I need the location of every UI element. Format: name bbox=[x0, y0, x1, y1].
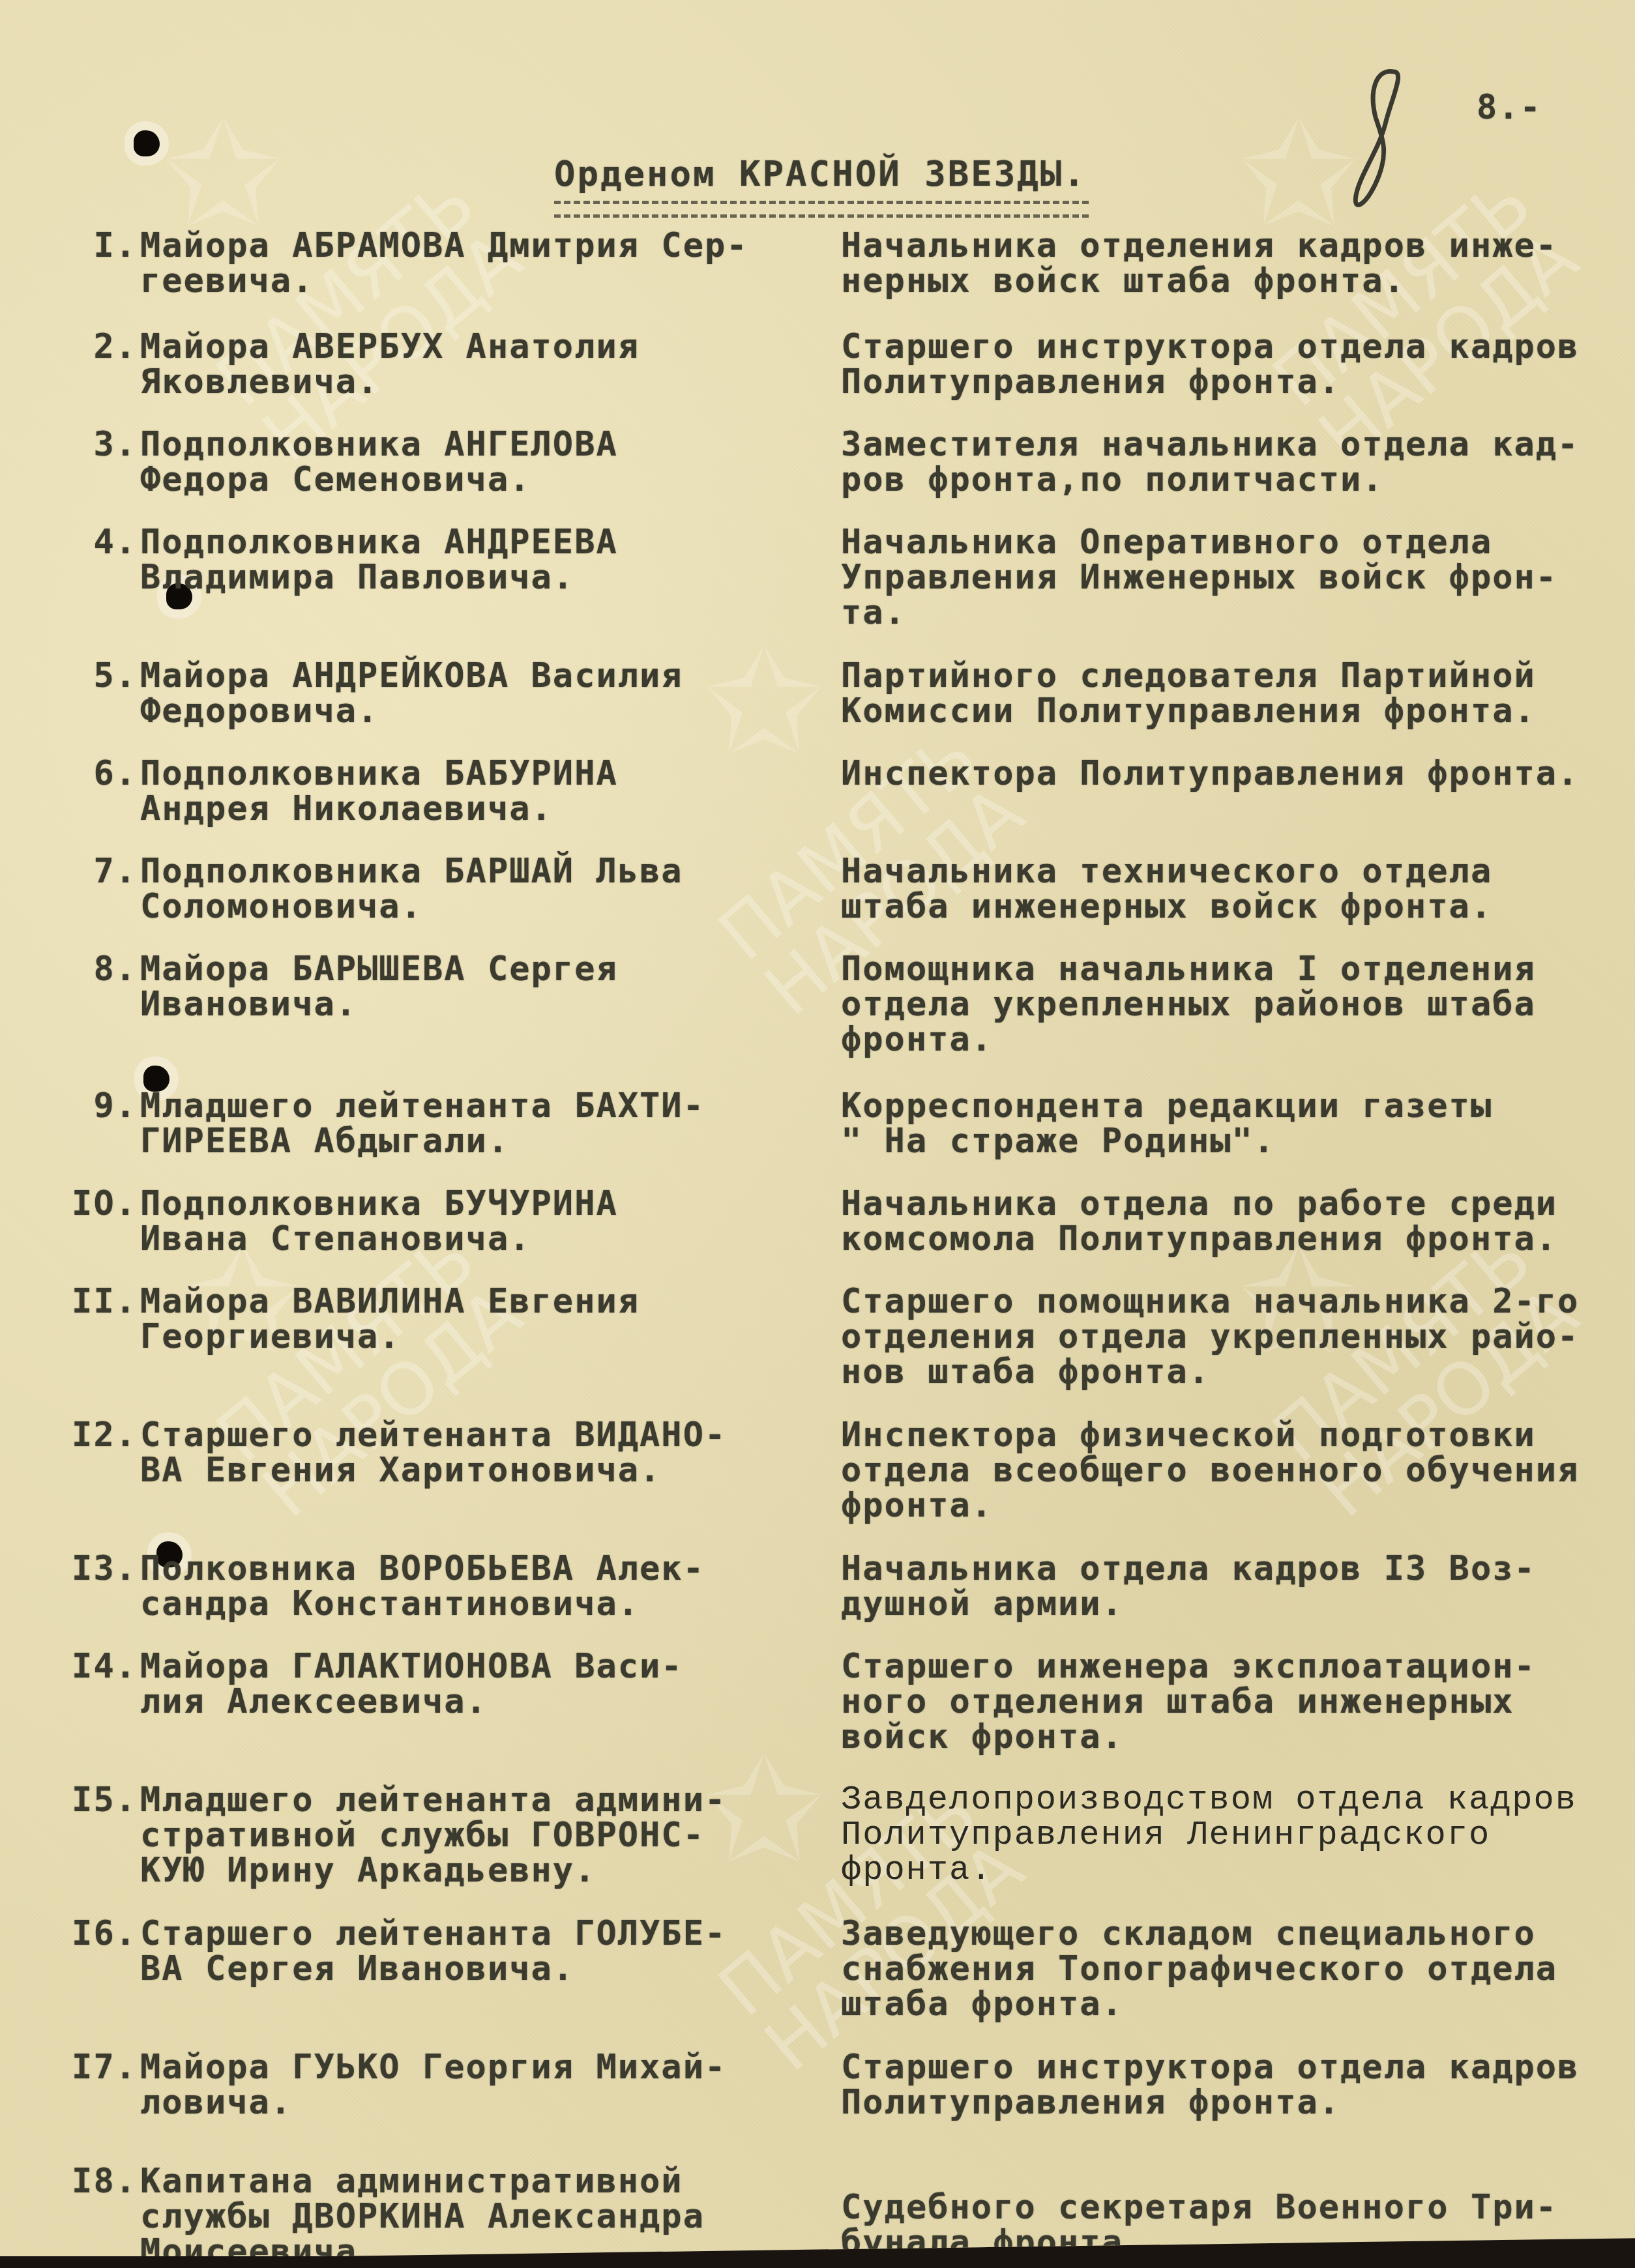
entry-number: 2. bbox=[65, 329, 137, 364]
entry-position: Старшего помощника начальника 2-го отдел… bbox=[841, 1284, 1597, 1389]
entry-rank-name: Майора ГАЛАКТИОНОВА Васи- лия Алексеевич… bbox=[140, 1649, 766, 1719]
entry-number: I2. bbox=[65, 1417, 137, 1453]
entry-rank-name: Подполковника БАРШАЙ Льва Соломоновича. bbox=[140, 854, 766, 924]
entry-rank-name: Подполковника АНДРЕЕВА Владимира Павлови… bbox=[140, 525, 766, 595]
entry-number: 6. bbox=[65, 756, 137, 791]
entry-number: I7. bbox=[65, 2050, 137, 2085]
entry-number: 7. bbox=[65, 854, 137, 889]
entry-position: Заместителя начальника отдела кад- ров ф… bbox=[841, 427, 1597, 497]
entry-number: I5. bbox=[65, 1782, 137, 1818]
entry-rank-name: Майора АБРАМОВА Дмитрия Сер- геевича. bbox=[140, 228, 766, 298]
award-list: I.Майора АБРАМОВА Дмитрия Сер- геевича.Н… bbox=[0, 0, 1635, 2268]
entry-number: 5. bbox=[65, 658, 137, 693]
entry-number: 9. bbox=[65, 1088, 137, 1124]
entry-position: Инспектора Политуправления фронта. bbox=[841, 756, 1597, 791]
document-page: ✩ ✩ ✩ ✩ ✩ ✩ ПАМЯТЬ НАРОДА ПАМЯТЬ НАРОДА … bbox=[0, 0, 1635, 2256]
entry-position: Судебного секретаря Военного Три- бунала… bbox=[841, 2190, 1597, 2260]
entry-position: Инспектора физической подготовки отдела … bbox=[841, 1417, 1597, 1523]
entry-position: Старшего инженера эксплоатацион- ного от… bbox=[841, 1649, 1597, 1754]
entry-position: Начальника Оперативного отдела Управлени… bbox=[841, 525, 1597, 630]
entry-position: Помощника начальника I отделения отдела … bbox=[841, 952, 1597, 1057]
entry-rank-name: Старшего лейтенанта ВИДАНО- ВА Евгения Х… bbox=[140, 1417, 766, 1488]
entry-rank-name: Младшего лейтенанта БАХТИ- ГИРЕЕВА Абдыг… bbox=[140, 1088, 766, 1159]
entry-number: 3. bbox=[65, 427, 137, 462]
entry-number: II. bbox=[65, 1284, 137, 1319]
entry-position: Старшего инструктора отдела кадров Полит… bbox=[841, 329, 1597, 400]
entry-number: I6. bbox=[65, 1916, 137, 1951]
entry-number: IO. bbox=[65, 1186, 137, 1221]
entry-rank-name: Старшего лейтенанта ГОЛУБЕ- ВА Сергея Ив… bbox=[140, 1916, 766, 1986]
entry-position: Начальника отдела кадров I3 Воз- душной … bbox=[841, 1551, 1597, 1621]
entry-position: Начальника технического отдела штаба инж… bbox=[841, 854, 1597, 924]
entry-position: Старшего инструктора отдела кадров Полит… bbox=[841, 2050, 1597, 2120]
entry-number: 4. bbox=[65, 525, 137, 560]
entry-rank-name: Младшего лейтенанта админи- стративной с… bbox=[140, 1782, 766, 1888]
entry-position: Партийного следователя Партийной Комисси… bbox=[841, 658, 1597, 729]
entry-rank-name: Подполковника АНГЕЛОВА Федора Семеновича… bbox=[140, 427, 766, 497]
entry-number: I. bbox=[65, 228, 137, 263]
entry-position: Начальника отдела по работе среди комсом… bbox=[841, 1186, 1597, 1257]
entry-rank-name: Майора АВЕРБУХ Анатолия Яковлевича. bbox=[140, 329, 766, 400]
entry-number: I3. bbox=[65, 1551, 137, 1586]
entry-position: Завделопроизводством отдела кадров Полит… bbox=[841, 1782, 1597, 1888]
entry-rank-name: Капитана административной службы ДВОРКИН… bbox=[140, 2164, 766, 2268]
entry-position: Заведующего складом специального снабжен… bbox=[841, 1916, 1597, 2022]
entry-number: I8. bbox=[65, 2164, 137, 2199]
entry-number: I4. bbox=[65, 1649, 137, 1684]
entry-number: 8. bbox=[65, 952, 137, 987]
entry-rank-name: Полковника ВОРОБЬЕВА Алек- сандра Конста… bbox=[140, 1551, 766, 1621]
entry-rank-name: Майора АНДРЕЙКОВА Василия Федоровича. bbox=[140, 658, 766, 729]
entry-rank-name: Майора БАРЫШЕВА Сергея Ивановича. bbox=[140, 952, 766, 1022]
entry-rank-name: Подполковника БУЧУРИНА Ивана Степановича… bbox=[140, 1186, 766, 1257]
entry-rank-name: Подполковника БАБУРИНА Андрея Николаевич… bbox=[140, 756, 766, 826]
entry-position: Начальника отделения кадров инже- нерных… bbox=[841, 228, 1597, 298]
entry-rank-name: Майора ГУЬКО Георгия Михай- ловича. bbox=[140, 2050, 766, 2120]
entry-position: Корреспондента редакции газеты " На стра… bbox=[841, 1088, 1597, 1159]
entry-rank-name: Майора ВАВИЛИНА Евгения Георгиевича. bbox=[140, 1284, 766, 1354]
